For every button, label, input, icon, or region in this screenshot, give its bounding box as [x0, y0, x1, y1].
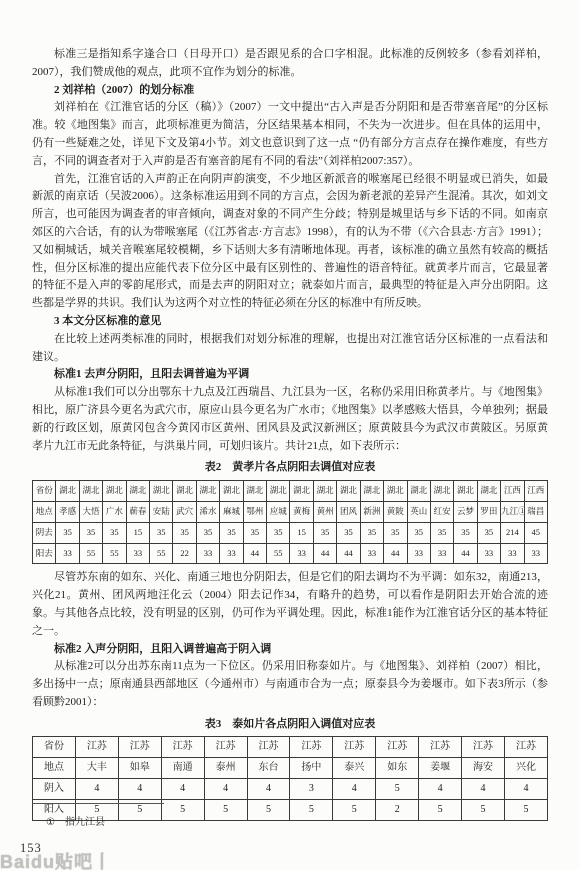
- table-cell: 湖北: [243, 481, 266, 502]
- table-cell: 44: [337, 543, 360, 564]
- table-huangxiao-tones: 省份湖北湖北湖北湖北湖北湖北湖北湖北湖北湖北湖北湖北湖北湖北湖北湖北湖北湖北湖北…: [32, 480, 548, 564]
- table-cell: 44: [313, 543, 336, 564]
- table-cell: 4: [333, 779, 376, 800]
- table-2-caption: 表2 黄孝片各点阴阳去调值对应表: [32, 459, 548, 477]
- table-cell: 35: [267, 522, 290, 543]
- table-cell: 湖北: [454, 481, 477, 502]
- table-cell: 云梦: [454, 501, 477, 522]
- table-cell: 黄梅: [290, 501, 313, 522]
- table-cell: 广水: [103, 501, 126, 522]
- table-cell: 33: [360, 543, 383, 564]
- table-cell: 孝感: [56, 501, 79, 522]
- table-cell: 44: [384, 543, 407, 564]
- table-cell: 44: [454, 543, 477, 564]
- table-cell: 麻城: [220, 501, 243, 522]
- table-row: 阴入44444345444: [33, 779, 548, 800]
- table-cell: 江苏: [290, 737, 333, 758]
- paragraph-after-table-2: 尽管苏东南的如东、兴化、南通三地也分阴阳去，但是它们的阳去调均不为平调：如东32…: [32, 569, 548, 640]
- table-cell: 5: [504, 799, 547, 820]
- table-cell: 35: [430, 522, 453, 543]
- table-cell: 江苏: [376, 737, 419, 758]
- table-cell: 湖北: [313, 481, 336, 502]
- table-cell: 江苏: [118, 737, 161, 758]
- table-cell: 5: [290, 799, 333, 820]
- row-header-cell: 省份: [33, 481, 56, 502]
- table-cell: 35: [407, 522, 430, 543]
- table-tairu-tones: 省份江苏江苏江苏江苏江苏江苏江苏江苏江苏江苏江苏地点大丰如皋南通泰州东台扬中泰兴…: [32, 736, 548, 820]
- table-cell: 江苏: [247, 737, 290, 758]
- table-cell: 33: [501, 543, 524, 564]
- table-cell: 湖北: [220, 481, 243, 502]
- table-cell: 英山: [407, 501, 430, 522]
- table-cell: 湖北: [337, 481, 360, 502]
- table-cell: 35: [150, 522, 173, 543]
- table-cell: 湖北: [360, 481, 383, 502]
- table-cell: 湖北: [196, 481, 219, 502]
- table-cell: 33: [407, 543, 430, 564]
- table-cell: 湖北: [267, 481, 290, 502]
- table-row: 地点孝感大悟广水蕲春安陆武穴浠水麻城鄂州应城黄梅黄州团风新洲黄陂英山红安云梦罗田…: [33, 501, 548, 522]
- section-heading-2: 2 刘祥柏（2007）的划分标准: [32, 82, 548, 100]
- table-cell: 35: [337, 522, 360, 543]
- table-cell: 湖北: [384, 481, 407, 502]
- table-cell: 江苏: [204, 737, 247, 758]
- table-cell: 南通: [161, 758, 204, 779]
- table-cell: 5: [161, 799, 204, 820]
- table-cell: 55: [267, 543, 290, 564]
- table-cell: 江苏: [161, 737, 204, 758]
- table-cell: 35: [173, 522, 196, 543]
- table-cell: 东台: [247, 758, 290, 779]
- table-cell: 5: [247, 799, 290, 820]
- table-cell: 33: [196, 543, 219, 564]
- paragraph-standard-2: 从标准2可以分出苏东南11点为一下位区。仍采用旧称泰如片。与《地图集》、刘祥柏（…: [32, 658, 548, 711]
- table-cell: 江苏: [75, 737, 118, 758]
- table-cell: 33: [477, 543, 500, 564]
- table-cell: 扬中: [290, 758, 333, 779]
- table-cell: 鄂州: [243, 501, 266, 522]
- table-cell: 4: [419, 779, 462, 800]
- paragraph-standard-three: 标准三是指知系字逢合口（日母开口）是否跟见系的合口字相混。此标准的反例较多（参看…: [32, 46, 548, 82]
- table-cell: 214: [501, 522, 524, 543]
- row-header-cell: 阴入: [33, 779, 76, 800]
- footnote: ①指九江县: [46, 813, 105, 828]
- table-cell: 如皋: [118, 758, 161, 779]
- table-cell: 22: [173, 543, 196, 564]
- table-cell: 泰兴: [333, 758, 376, 779]
- section-heading-3: 3 本文分区标准的意见: [32, 313, 548, 331]
- table-cell: 4: [504, 779, 547, 800]
- table-cell: 湖北: [290, 481, 313, 502]
- table-cell: 罗田: [477, 501, 500, 522]
- row-header-cell: 阴去: [33, 522, 56, 543]
- table-cell: 黄州: [313, 501, 336, 522]
- table-cell: 红安: [430, 501, 453, 522]
- table-cell: 应城: [267, 501, 290, 522]
- table-cell: 35: [384, 522, 407, 543]
- table-cell: 4: [462, 779, 505, 800]
- table-cell: 4: [247, 779, 290, 800]
- table-cell: 江苏: [333, 737, 376, 758]
- table-cell: 4: [204, 779, 247, 800]
- table-cell: 湖北: [173, 481, 196, 502]
- table-cell: 35: [454, 522, 477, 543]
- table-cell: 湖北: [56, 481, 79, 502]
- table-cell: 瑞昌: [524, 501, 547, 522]
- table-cell: 35: [243, 522, 266, 543]
- table-cell: 江西: [501, 481, 524, 502]
- table-cell: 5: [419, 799, 462, 820]
- table-cell: 湖北: [150, 481, 173, 502]
- table-cell: 黄陂: [384, 501, 407, 522]
- table-cell: 浠水: [196, 501, 219, 522]
- standard-2-heading: 标准2 入声分阴阳，且阳入调普遍高于阴入调: [32, 641, 548, 659]
- table-cell: 兴化: [504, 758, 547, 779]
- footnote-marker: ①: [46, 817, 55, 828]
- table-3-caption: 表3 泰如片各点阴阳入调值对应表: [32, 716, 548, 734]
- table-cell: 九江①: [501, 501, 524, 522]
- table-cell: 35: [313, 522, 336, 543]
- table-cell: 35: [103, 522, 126, 543]
- table-cell: 湖北: [79, 481, 102, 502]
- paragraph-liu-criteria: 刘祥柏在《江淮官话的分区（稿）》（2007）一文中提出“古入声是否分阴阳和是否带…: [32, 99, 548, 170]
- table-cell: 姜堰: [419, 758, 462, 779]
- table-cell: 55: [79, 543, 102, 564]
- table-cell: 33: [430, 543, 453, 564]
- table-row: 阳去33555533552233334455334444334433334433…: [33, 543, 548, 564]
- table-cell: 33: [524, 543, 547, 564]
- table-row: 省份江苏江苏江苏江苏江苏江苏江苏江苏江苏江苏江苏: [33, 737, 548, 758]
- paragraph-proposal: 在比较上述两类标准的同时，根据我们对划分标准的理解，也提出对江淮官话分区标准的一…: [32, 331, 548, 367]
- baidu-tieba-watermark: Baidu贴吧丨: [0, 848, 112, 870]
- table-cell: 55: [150, 543, 173, 564]
- standard-1-heading: 标准1 去声分阴阳，且阳去调普遍为平调: [32, 366, 548, 384]
- table-cell: 4: [118, 779, 161, 800]
- table-cell: 武穴: [173, 501, 196, 522]
- table-cell: 5: [333, 799, 376, 820]
- table-row: 地点大丰如皋南通泰州东台扬中泰兴如东姜堰海安兴化: [33, 758, 548, 779]
- row-header-cell: 地点: [33, 501, 56, 522]
- table-cell: 海安: [462, 758, 505, 779]
- table-cell: 35: [79, 522, 102, 543]
- table-cell: 湖北: [407, 481, 430, 502]
- table-cell: 33: [220, 543, 243, 564]
- table-cell: 15: [290, 522, 313, 543]
- row-header-cell: 省份: [33, 737, 76, 758]
- table-cell: 泰州: [204, 758, 247, 779]
- table-cell: 4: [161, 779, 204, 800]
- table-cell: 江西: [524, 481, 547, 502]
- table-cell: 湖北: [430, 481, 453, 502]
- table-cell: 2: [376, 799, 419, 820]
- table-cell: 湖北: [103, 481, 126, 502]
- table-cell: 5: [376, 779, 419, 800]
- table-cell: 3: [290, 779, 333, 800]
- row-header-cell: 阳去: [33, 543, 56, 564]
- table-cell: 新洲: [360, 501, 383, 522]
- table-row: 阴去35353515353535353535153535353535353535…: [33, 522, 548, 543]
- table-cell: 35: [56, 522, 79, 543]
- table-cell: 5: [462, 799, 505, 820]
- footnote-text: 指九江县: [65, 817, 105, 828]
- table-cell: 35: [196, 522, 219, 543]
- table-cell: 湖北: [126, 481, 149, 502]
- table-row: 省份湖北湖北湖北湖北湖北湖北湖北湖北湖北湖北湖北湖北湖北湖北湖北湖北湖北湖北湖北…: [33, 481, 548, 502]
- table-cell: 44: [243, 543, 266, 564]
- table-cell: 湖北: [477, 481, 500, 502]
- table-cell: 安陆: [150, 501, 173, 522]
- table-cell: 33: [290, 543, 313, 564]
- table-cell: 江苏: [462, 737, 505, 758]
- table-cell: 蕲春: [126, 501, 149, 522]
- paragraph-discussion: 首先，江淮官话的入声韵正在向阴声韵演变，不少地区新派音的喉塞尾已经很不明显或已消…: [32, 171, 548, 313]
- table-cell: 35: [360, 522, 383, 543]
- table-cell: 55: [103, 543, 126, 564]
- document-page: 标准三是指知系字逢合口（日母开口）是否跟见系的合口字相混。此标准的反例较多（参看…: [0, 0, 580, 870]
- table-cell: 团风: [337, 501, 360, 522]
- table-cell: 33: [56, 543, 79, 564]
- table-cell: 35: [220, 522, 243, 543]
- table-cell: 35: [477, 522, 500, 543]
- table-cell: 45: [524, 522, 547, 543]
- row-header-cell: 地点: [33, 758, 76, 779]
- table-cell: 江苏: [504, 737, 547, 758]
- paragraph-standard-1: 从标准1我们可以分出鄂东十九点及江西瑞昌、九江县为一区，名称仍采用旧称黄孝片。与…: [32, 384, 548, 455]
- article-body: 标准三是指知系字逢合口（日母开口）是否跟见系的合口字相混。此标准的反例较多（参看…: [32, 46, 548, 821]
- table-cell: 4: [75, 779, 118, 800]
- table-cell: 如东: [376, 758, 419, 779]
- table-cell: 大丰: [75, 758, 118, 779]
- table-cell: 大悟: [79, 501, 102, 522]
- footnote-divider: [32, 803, 164, 804]
- table-cell: 江苏: [419, 737, 462, 758]
- table-cell: 33: [126, 543, 149, 564]
- table-cell: 5: [204, 799, 247, 820]
- table-cell: 15: [126, 522, 149, 543]
